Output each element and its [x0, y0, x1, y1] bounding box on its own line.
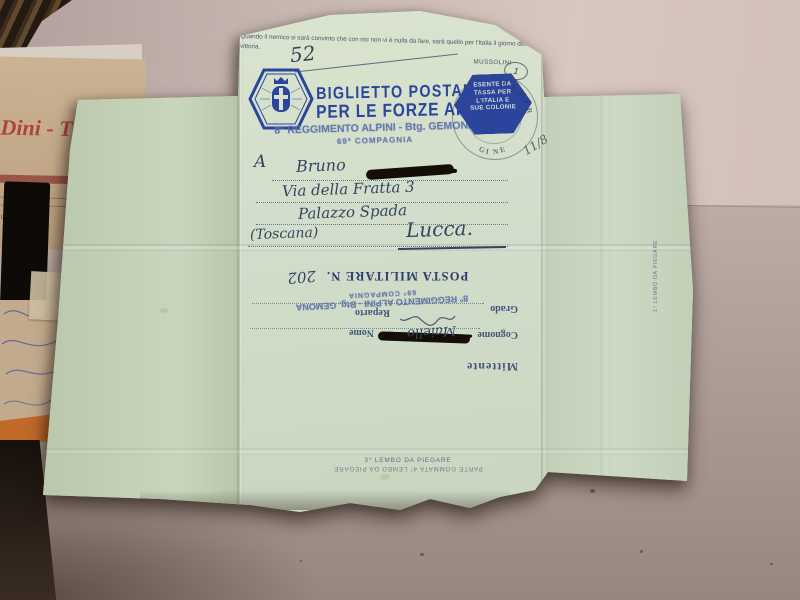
postmark-inner-ring	[466, 88, 522, 144]
postmark-letter: A	[502, 77, 510, 87]
grado-label: Grado	[490, 303, 518, 314]
desk-speck	[300, 560, 302, 562]
region-handwriting: (Toscana)	[250, 225, 319, 243]
building-handwriting: Palazzo Spada	[298, 201, 408, 223]
posta-militare-number: 202	[287, 267, 317, 287]
fold-label-front: 3° LEMBO DA PIEGARE	[308, 457, 508, 464]
circular-postmark: A L M T R G I N E 2	[452, 74, 538, 160]
grado-handwritten-scribble	[396, 310, 458, 328]
postmark-letter: N	[493, 147, 499, 156]
fold-label-back: PARTE GOMMATA 4° LEMBO DA PIEGARE	[298, 465, 518, 472]
letter-left-flap	[40, 8, 240, 520]
faint-crease	[600, 8, 610, 520]
city-handwriting: Lucca.	[406, 216, 474, 242]
desk-speck	[640, 550, 643, 553]
nome-label: Nome	[349, 327, 374, 338]
savoy-coat-of-arms-icon	[248, 68, 314, 130]
age-spot	[380, 474, 390, 480]
postmark-letter: T	[521, 97, 531, 105]
desk-speck	[420, 553, 424, 556]
letter-right-flap	[544, 8, 700, 520]
fold-label-right-edge: 1° LEMBO DA PIEGARE	[653, 230, 659, 312]
horizontal-fold-crease	[40, 448, 700, 455]
postmark-letter: E	[499, 144, 506, 154]
postmark-letter: R	[525, 107, 535, 114]
mittente-label: Mittente	[466, 359, 518, 374]
posta-militare-label: POSTA MILITARE N.	[326, 269, 469, 283]
cognome-label: Cognome	[477, 329, 518, 340]
sender-form-flipped: Mittente Cognome Maiello Nome Grado Repa…	[232, 262, 542, 386]
postmark-letter: I	[485, 147, 489, 156]
torn-edge-shadow	[140, 490, 510, 510]
address-prefix: A	[254, 152, 266, 172]
recipient-name-handwriting: Bruno	[296, 155, 346, 176]
desk-speck	[770, 563, 773, 565]
letter-paper: Quando il nemico si sarà convinto che co…	[40, 8, 700, 520]
posta-militare-line: POSTA MILITARE N. 202	[248, 267, 508, 286]
age-spot	[160, 308, 168, 313]
postmark-center-mark: 2	[489, 105, 494, 116]
postal-letter: Quando il nemico si sarà convinto che co…	[40, 8, 700, 520]
